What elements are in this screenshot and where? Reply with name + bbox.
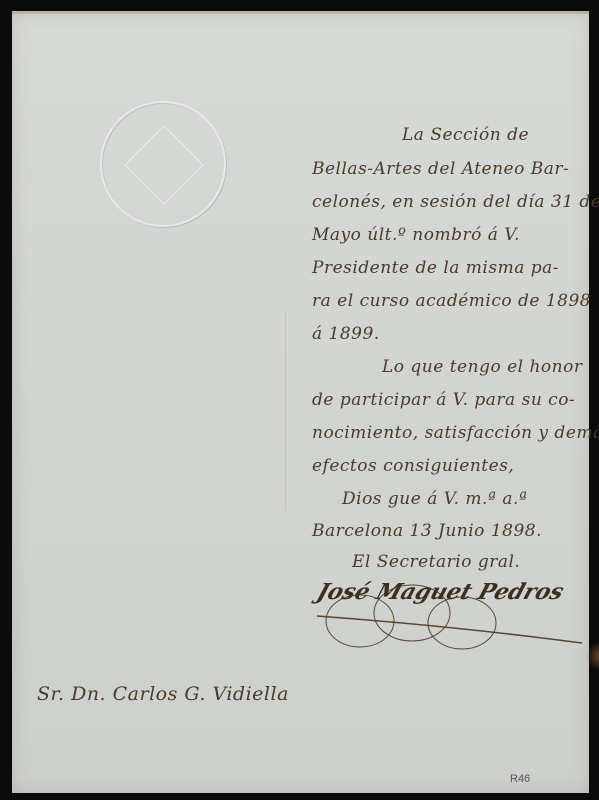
ink-stain	[586, 641, 599, 671]
signature: José Maguet Pedros	[312, 571, 582, 671]
embossed-seal-icon	[100, 101, 226, 227]
addressee: Sr. Dn. Carlos G. Vidiella	[37, 683, 289, 705]
body-line-10: nocimiento, satisfacción y demás	[312, 423, 599, 443]
signature-name: José Maguet Pedros	[314, 579, 567, 605]
body-line-5: Presidente de la misma pa-	[312, 258, 559, 278]
place-date: Barcelona 13 Junio 1898.	[312, 521, 542, 541]
body-line-7: á 1899.	[312, 324, 380, 344]
body-line-3: celonés, en sesión del día 31 de	[312, 192, 599, 212]
fold-line	[285, 311, 286, 511]
body-line-4: Mayo últ.º nombró á V.	[312, 225, 520, 245]
letter-page: La Sección de Bellas-Artes del Ateneo Ba…	[12, 11, 589, 793]
body-line-2: Bellas-Artes del Ateneo Bar-	[312, 159, 569, 179]
body-line-11: efectos consiguientes,	[312, 456, 514, 476]
body-line-6: ra el curso académico de 1898	[312, 291, 591, 311]
signer-title: El Secretario gral.	[352, 552, 520, 572]
body-line-9: de participar á V. para su co-	[312, 390, 575, 410]
closing-formula: Dios gue á V. m.ª a.ª	[342, 489, 528, 509]
body-line-8: Lo que tengo el honor	[382, 357, 582, 377]
body-line-1: La Sección de	[402, 125, 529, 145]
archive-mark: R46	[510, 773, 530, 785]
